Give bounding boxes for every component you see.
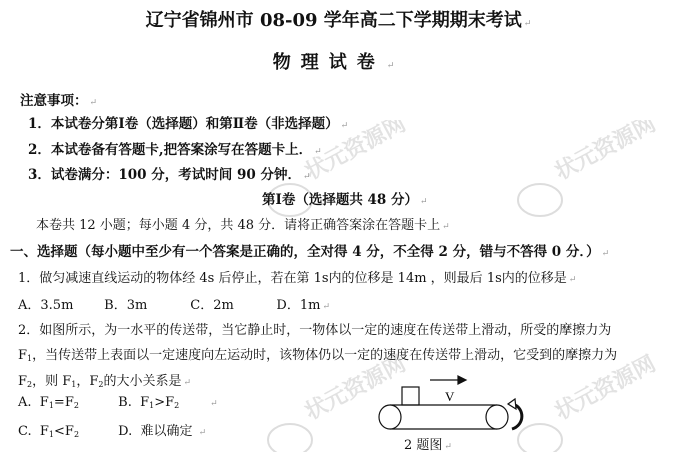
question-1-stem: 1．做匀减速直线运动的物体经 4s 后停止，若在第 1s内的位移是 14m ，则… <box>18 267 576 286</box>
notice-item: 2．本试卷备有答题卡,把答案涂写在答题卡上．↵ <box>28 138 322 158</box>
notice-item: 3．试卷满分：100 分，考试时间 90 分钟．↵ <box>28 163 311 183</box>
left-roller <box>379 405 401 429</box>
question-2-options-cd: C. F1<F2 D. 难以确定 ↵ <box>18 420 206 439</box>
option-c: C．2m <box>190 294 272 313</box>
notice-item: 1．本试卷分第Ⅰ卷（选择题）和第Ⅱ卷（非选择题）↵ <box>28 112 348 132</box>
section-intro: 本卷共 12 小题；每小题 4 分，共 48 分．请将正确答案涂在答题卡上↵ <box>36 214 450 233</box>
option-d: D. 难以确定 <box>118 424 197 439</box>
question-2-options-ab: A. F1=F2 B. F1>F2 ↵ <box>18 395 218 410</box>
option-a: A. F1=F2 <box>18 395 114 410</box>
part-heading: 一、选择题（每小题中至少有一个答案是正确的，全对得 4 分，不全得 2 分，错与… <box>10 240 609 260</box>
option-a: A．3.5m <box>18 294 100 313</box>
block <box>402 387 419 405</box>
document-subtitle: 物理试卷↵ <box>0 48 677 74</box>
right-roller <box>486 405 508 429</box>
velocity-label: V <box>445 389 455 404</box>
figure-caption: 2 题图↵ <box>404 434 452 452</box>
option-b: B. F1>F2 <box>118 395 208 410</box>
option-d: D．1m <box>276 298 320 313</box>
document-title: 辽宁省锦州市 08-09 学年高二下学期期末考试↵ <box>0 6 677 32</box>
question-2-stem-line2: F1，当传送带上表面以一定速度向左运动时，该物体仍以一定的速度在传送带上滑动，它… <box>18 344 617 363</box>
question-2-stem-line3: F2，则 F1，F2的大小关系是↵ <box>18 370 191 389</box>
question-2-stem-line1: 2．如图所示，为一水平的传送带，当它静止时，一物体以一定的速度在传送带上滑动，所… <box>18 319 611 338</box>
conveyor-belt-figure: V <box>375 370 525 435</box>
section-heading: 第Ⅰ卷（选择题共 48 分）↵ <box>262 188 428 208</box>
svg-text:状元资源网: 状元资源网 <box>551 120 660 185</box>
option-b: B．3m <box>104 294 186 313</box>
notice-heading: 注意事项：↵ <box>20 89 97 109</box>
question-1-options: A．3.5m B．3m C．2m D．1m↵ <box>18 294 330 313</box>
option-c: C. F1<F2 <box>18 424 114 439</box>
